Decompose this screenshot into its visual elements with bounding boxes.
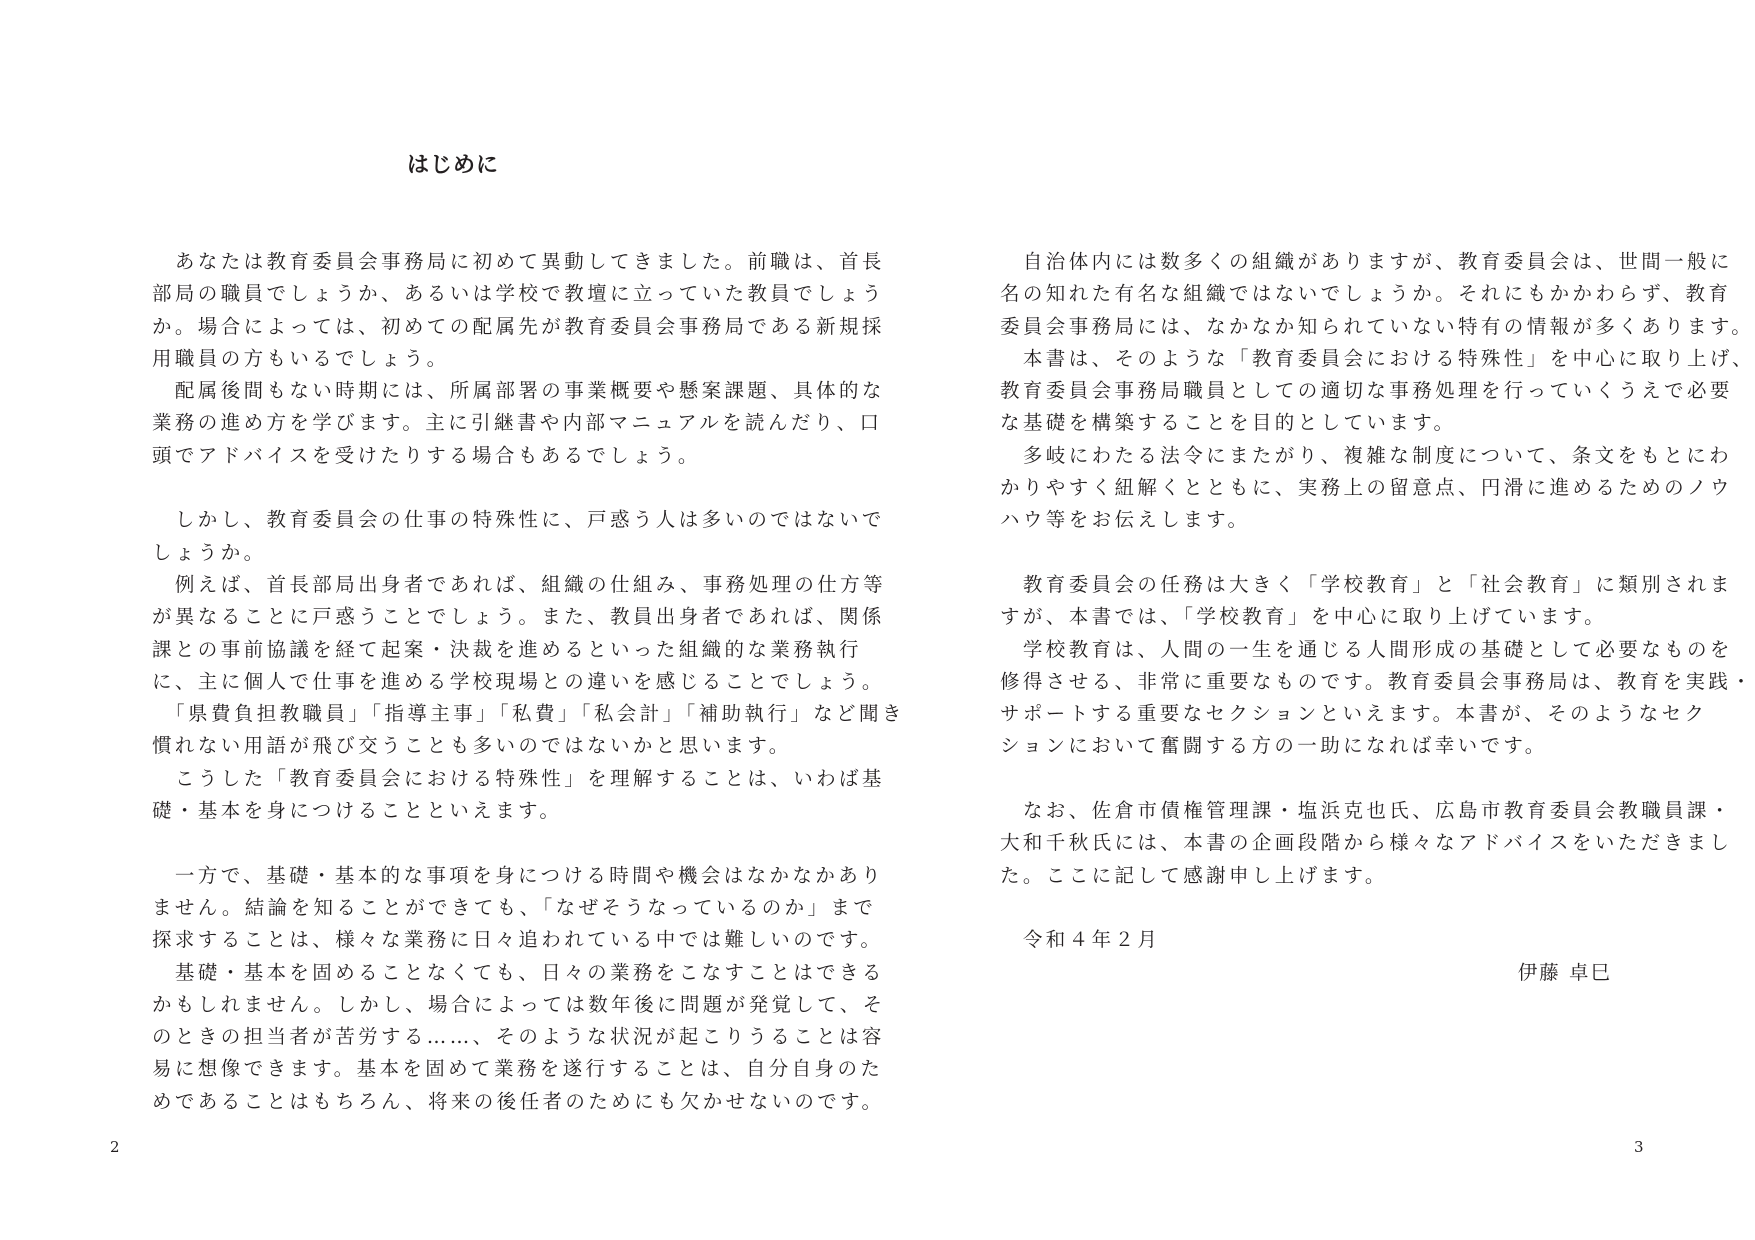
text-line: ハウ等をお伝えします。 xyxy=(1000,504,1612,536)
left-page: はじめに あなたは教育委員会事務局に初めて異動してきました。前職は、首長部局の職… xyxy=(0,0,877,1240)
text-line: すが、本書では、「学校教育」を中心に取り上げています。 xyxy=(1000,601,1612,633)
text-line: 一方で、基礎・基本的な事項を身につける時間や機会はなかなかあり xyxy=(152,860,764,892)
text-line: 修得させる、非常に重要なものです。教育委員会事務局は、教育を実践・ xyxy=(1000,666,1612,698)
text-line: な基礎を構築することを目的としています。 xyxy=(1000,407,1612,439)
text-line: 課との事前協議を経て起案・決裁を進めるといった組織的な業務執行 xyxy=(152,634,764,666)
text-line: 多岐にわたる法令にまたがり、複雑な制度について、条文をもとにわ xyxy=(1000,440,1612,472)
right-body-text: 自治体内には数多くの組織がありますが、教育委員会は、世間一般に名の知れた有名な組… xyxy=(1000,246,1612,989)
text-line: サポートする重要なセクションといえます。本書が、そのようなセク xyxy=(1000,698,1612,730)
text-line: 探求することは、様々な業務に日々追われている中では難しいのです。 xyxy=(152,924,764,956)
text-line: た。ここに記して感謝申し上げます。 xyxy=(1000,860,1612,892)
left-body-text: あなたは教育委員会事務局に初めて異動してきました。前職は、首長部局の職員でしょう… xyxy=(152,246,764,1118)
text-line: 用職員の方もいるでしょう。 xyxy=(152,343,764,375)
text-line: しょうか。 xyxy=(152,537,764,569)
text-line: 基礎・基本を固めることなくても、日々の業務をこなすことはできる xyxy=(152,957,764,989)
page-number-right: 3 xyxy=(1634,1138,1644,1156)
right-page: 自治体内には数多くの組織がありますが、教育委員会は、世間一般に名の知れた有名な組… xyxy=(877,0,1755,1240)
text-line: が異なることに戸惑うことでしょう。また、教員出身者であれば、関係 xyxy=(152,601,764,633)
text-line xyxy=(1000,763,1612,795)
text-line: 教育委員会事務局職員としての適切な事務処理を行っていくうえで必要 xyxy=(1000,375,1612,407)
page-number-left: 2 xyxy=(110,1138,120,1156)
text-line: 大和千秋氏には、本書の企画段階から様々なアドバイスをいただきまし xyxy=(1000,827,1612,859)
text-line: しかし、教育委員会の仕事の特殊性に、戸惑う人は多いのではないで xyxy=(152,504,764,536)
text-line: 部局の職員でしょうか、あるいは学校で教壇に立っていた教員でしょう xyxy=(152,278,764,310)
text-line: 「県費負担教職員」「指導主事」「私費」「私会計」「補助執行」など聞き xyxy=(152,698,764,730)
text-line: 本書は、そのような「教育委員会における特殊性」を中心に取り上げ、 xyxy=(1000,343,1612,375)
author-name: 伊藤 卓巳 xyxy=(1000,957,1612,989)
text-line: めであることはもちろん、将来の後任者のためにも欠かせないのです。 xyxy=(152,1086,764,1118)
text-line: ません。結論を知ることができても、「なぜそうなっているのか」まで xyxy=(152,892,764,924)
text-line xyxy=(152,827,764,859)
text-line: 例えば、首長部局出身者であれば、組織の仕組み、事務処理の仕方等 xyxy=(152,569,764,601)
text-line: 配属後間もない時期には、所属部署の事業概要や懸案課題、具体的な xyxy=(152,375,764,407)
text-line: かりやすく紐解くとともに、実務上の留意点、円滑に進めるためのノウ xyxy=(1000,472,1612,504)
text-line: 教育委員会の任務は大きく「学校教育」と「社会教育」に類別されま xyxy=(1000,569,1612,601)
text-line: 名の知れた有名な組織ではないでしょうか。それにもかかわらず、教育 xyxy=(1000,278,1612,310)
text-line: 学校教育は、人間の一生を通じる人間形成の基礎として必要なものを xyxy=(1000,634,1612,666)
text-line xyxy=(152,472,764,504)
text-line: あなたは教育委員会事務局に初めて異動してきました。前職は、首長 xyxy=(152,246,764,278)
page-heading: はじめに xyxy=(407,148,499,179)
text-line: 令和４年２月 xyxy=(1000,924,1612,956)
text-line: 業務の進め方を学びます。主に引継書や内部マニュアルを読んだり、口 xyxy=(152,407,764,439)
text-line: のときの担当者が苦労する……、そのような状況が起こりうることは容 xyxy=(152,1021,764,1053)
text-line: かもしれません。しかし、場合によっては数年後に問題が発覚して、そ xyxy=(152,989,764,1021)
text-line: 頭でアドバイスを受けたりする場合もあるでしょう。 xyxy=(152,440,764,472)
text-line: 慣れない用語が飛び交うことも多いのではないかと思います。 xyxy=(152,730,764,762)
text-line: なお、佐倉市債権管理課・塩浜克也氏、広島市教育委員会教職員課・ xyxy=(1000,795,1612,827)
text-line xyxy=(1000,537,1612,569)
text-line: か。場合によっては、初めての配属先が教育委員会事務局である新規採 xyxy=(152,311,764,343)
text-line: 易に想像できます。基本を固めて業務を遂行することは、自分自身のた xyxy=(152,1053,764,1085)
text-line: 礎・基本を身につけることといえます。 xyxy=(152,795,764,827)
text-line: 委員会事務局には、なかなか知られていない特有の情報が多くあります。 xyxy=(1000,311,1612,343)
text-line: ションにおいて奮闘する方の一助になれば幸いです。 xyxy=(1000,730,1612,762)
text-line: に、主に個人で仕事を進める学校現場との違いを感じることでしょう。 xyxy=(152,666,764,698)
text-line: 自治体内には数多くの組織がありますが、教育委員会は、世間一般に xyxy=(1000,246,1612,278)
text-line: こうした「教育委員会における特殊性」を理解することは、いわば基 xyxy=(152,763,764,795)
text-line xyxy=(1000,892,1612,924)
